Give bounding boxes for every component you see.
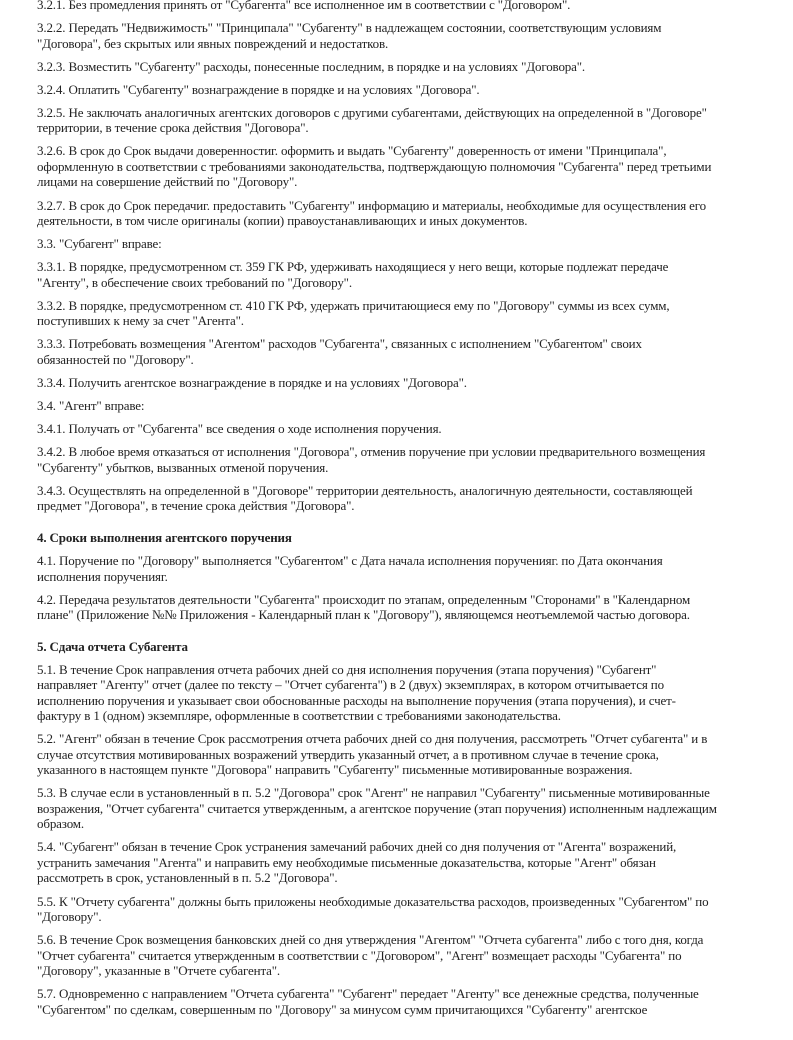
clause-paragraph: 3.4.3. Осуществлять на определенной в "Д… (37, 483, 767, 514)
clause-paragraph: 3.2.7. В срок до Срок передачиг. предост… (37, 198, 767, 229)
clause-paragraph: 3.2.4. Оплатить "Субагенту" вознагражден… (37, 82, 767, 98)
clause-paragraph: 5.3. В случае если в установленный в п. … (37, 785, 767, 832)
clause-paragraph: 3.4.2. В любое время отказаться от испол… (37, 444, 767, 475)
clause-paragraph: 3.2.6. В срок до Срок выдачи доверенност… (37, 143, 767, 190)
clause-paragraph: 5.1. В течение Срок направления отчета р… (37, 662, 767, 724)
clause-paragraph: 4.1. Поручение по "Договору" выполняется… (37, 553, 767, 584)
clause-paragraph: 5.2. "Агент" обязан в течение Срок рассм… (37, 731, 767, 778)
clause-paragraph: 3.3.1. В порядке, предусмотренном ст. 35… (37, 259, 767, 290)
clause-paragraph: 5.7. Одновременно с направлением "Отчета… (37, 986, 767, 1017)
clause-paragraph: 3.3.4. Получить агентское вознаграждение… (37, 375, 767, 391)
document-body: 3.2.1. Без промедления принять от "Субаг… (37, 0, 767, 1025)
clause-paragraph: 3.4. "Агент" вправе: (37, 398, 767, 414)
clause-paragraph: 3.3.3. Потребовать возмещения "Агентом" … (37, 336, 767, 367)
clause-paragraph: 3.3. "Субагент" вправе: (37, 236, 767, 252)
clause-paragraph: 5.6. В течение Срок возмещения банковски… (37, 932, 767, 979)
section-heading: 5. Сдача отчета Субагента (37, 639, 767, 655)
clause-paragraph: 5.4. "Субагент" обязан в течение Срок ус… (37, 839, 767, 886)
clause-paragraph: 5.5. К "Отчету субагента" должны быть пр… (37, 894, 767, 925)
clause-paragraph: 3.2.5. Не заключать аналогичных агентски… (37, 105, 767, 136)
clause-paragraph: 3.2.1. Без промедления принять от "Субаг… (37, 0, 767, 13)
clause-paragraph: 3.3.2. В порядке, предусмотренном ст. 41… (37, 298, 767, 329)
clause-paragraph: 3.4.1. Получать от "Субагента" все сведе… (37, 421, 767, 437)
clause-paragraph: 3.2.3. Возместить "Субагенту" расходы, п… (37, 59, 767, 75)
section-heading: 4. Сроки выполнения агентского поручения (37, 530, 767, 546)
clause-paragraph: 3.2.2. Передать "Недвижимость" "Принципа… (37, 20, 767, 51)
clause-paragraph: 4.2. Передача результатов деятельности "… (37, 592, 767, 623)
